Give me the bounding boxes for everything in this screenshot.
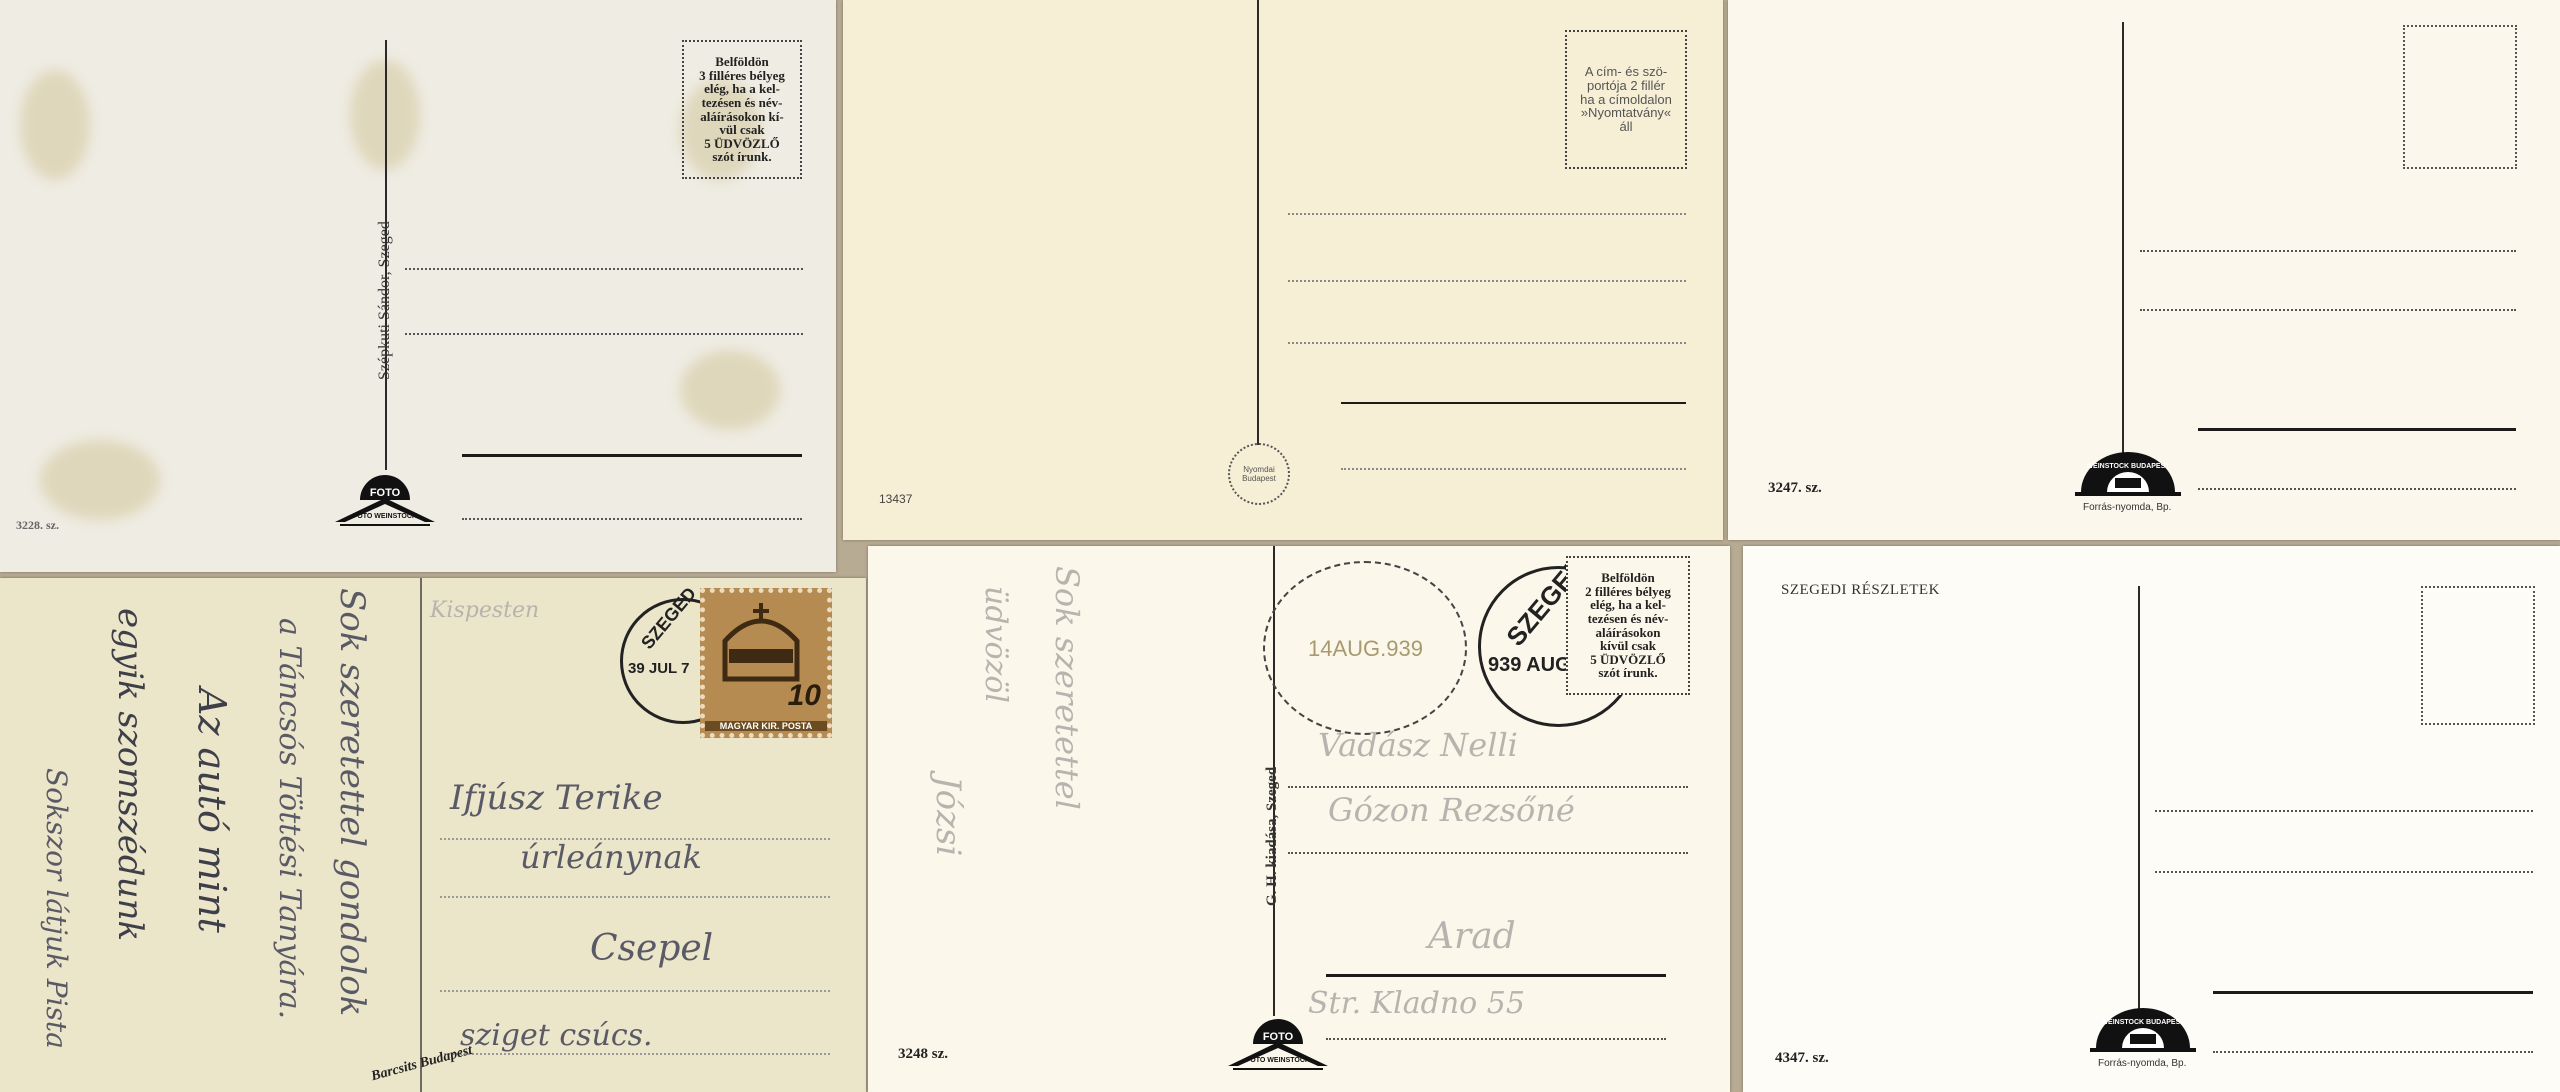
card-number: 3228. sz.: [16, 518, 59, 533]
stamp-box-line: Belföldön: [699, 55, 785, 69]
printer-name: Forrás-nyomda, Bp.: [2083, 502, 2171, 513]
message-line: Sok szeretettel: [1048, 566, 1086, 810]
stamp-box-line: elég, ha a kel-: [699, 82, 785, 96]
printer-name: Forrás-nyomda, Bp.: [2098, 1058, 2186, 1069]
handwritten-message: Sok szeretettel gondolok a Táncsós Tötté…: [10, 588, 410, 1088]
stamp-box-line: aláírásokon kí-: [699, 110, 785, 124]
address-line: [2213, 1051, 2533, 1053]
address-line: [2155, 810, 2533, 812]
address-line: [2198, 428, 2516, 431]
stamp-box-text: A cím- és szö-portója 2 fillérha a címol…: [1580, 65, 1672, 133]
postcard-6: SZEGEDI RÉSZLETEK 4347. sz. WEINSTOCK BU…: [1743, 546, 2560, 1092]
stamp-box-line: tezésen és név-: [699, 96, 785, 110]
svg-text:FOTO WEINSTOCK: FOTO WEINSTOCK: [1246, 1057, 1310, 1064]
message-line: Az autó mint: [190, 688, 234, 933]
stamp-box: A cím- és szö-portója 2 fillérha a címol…: [1565, 30, 1687, 169]
address-line: [405, 268, 803, 270]
address-line-4: Str. Kladno 55: [1308, 986, 1525, 1021]
postcard-2: A cím- és szö-portója 2 fillérha a címol…: [843, 0, 1723, 540]
address-line: [2140, 309, 2516, 311]
stamp-box-line: kívül csak: [1585, 639, 1671, 653]
stamp-box-line: elég, ha a kel-: [1585, 598, 1671, 612]
message-line: Józsi: [928, 776, 968, 856]
stamp-value: 10: [788, 679, 821, 713]
svg-text:WEINSTOCK BUDAPEST: WEINSTOCK BUDAPEST: [2086, 463, 2170, 470]
stamp-box-line: 2 filléres bélyeg: [1585, 585, 1671, 599]
stamp-box: Belföldön3 filléres bélyegelég, ha a kel…: [682, 40, 802, 179]
stamp-box-line: áll: [1580, 120, 1672, 134]
address-line: [1341, 468, 1686, 470]
stain: [40, 440, 160, 520]
stamp-box-line: 3 filléres bélyeg: [699, 69, 785, 83]
printer-seal: Nyomdai Budapest: [1228, 443, 1290, 505]
postmark-date: 939 AUG: [1488, 654, 1571, 677]
postcard-5: G. H. kiadása, Szeged Sok szeretettel üd…: [868, 546, 1730, 1092]
address-line-4: sziget csúcs.: [460, 1018, 653, 1053]
publisher-text: Szépkuti Sándor, Szeged: [376, 140, 394, 380]
message-line: a Táncsós Töttési Tanyára.: [272, 618, 307, 1019]
stamp-text: MAGYAR KIR. POSTA: [705, 721, 827, 731]
foto-weinstock-logo: FOTO FOTO WEINSTOCK: [1223, 1014, 1333, 1074]
postcard-1: Belföldön3 filléres bélyegelég, ha a kel…: [0, 0, 836, 572]
svg-text:FOTO: FOTO: [1263, 1031, 1294, 1043]
stamp-box-line: aláírásokon: [1585, 626, 1671, 640]
message-line: Sok szeretettel gondolok: [332, 588, 372, 1016]
address-line: [1326, 974, 1666, 977]
stamp-box-line: 5 ÜDVÖZLŐ: [1585, 653, 1671, 667]
stamp-box-text: Belföldön2 filléres bélyegelég, ha a kel…: [1585, 571, 1671, 680]
postmark-date: 14AUG.939: [1308, 636, 1423, 662]
svg-text:FOTO: FOTO: [370, 487, 401, 499]
card-number: 4347. sz.: [1775, 1050, 1829, 1067]
address-line: [440, 1053, 830, 1055]
stamp-box-line: szót írunk.: [699, 150, 785, 164]
address-line: [1288, 786, 1688, 788]
stamp-box-line: ha a címoldalon: [1580, 93, 1672, 107]
address-line: [1288, 213, 1686, 215]
address-line-1: Ifjúsz Terike: [450, 778, 663, 818]
address-line: [2155, 871, 2533, 873]
card-header: SZEGEDI RÉSZLETEK: [1781, 582, 1940, 599]
svg-text:WEINSTOCK BUDAPEST: WEINSTOCK BUDAPEST: [2101, 1019, 2185, 1026]
address-line-2: Gózon Rezsőné: [1328, 791, 1575, 829]
seal-line: Nyomdai: [1230, 465, 1288, 474]
seal-line: Budapest: [1230, 474, 1288, 483]
stamp-box-line: portója 2 fillér: [1580, 79, 1672, 93]
postcard-3: 3247. sz. WEINSTOCK BUDAPEST Forrás-nyom…: [1728, 0, 2560, 540]
handwriting-faint: Kispesten: [430, 598, 539, 623]
stamp-box-line: szót írunk.: [1585, 666, 1671, 680]
message-line: Sokszor látjuk Pista: [40, 768, 73, 1049]
address-line-3: Csepel: [590, 928, 713, 969]
stamp-box: [2403, 25, 2517, 169]
stamp-box-line: Belföldön: [1585, 571, 1671, 585]
address-line: [440, 896, 830, 898]
weinstock-budapest-logo: WEINSTOCK BUDAPEST: [2088, 1004, 2198, 1056]
card-number: 3248 sz.: [898, 1046, 948, 1063]
address-line-3: Arad: [1428, 916, 1516, 957]
address-line: [1326, 1038, 1666, 1040]
address-line: [2213, 991, 2533, 994]
address-line: [1341, 402, 1686, 404]
address-line: [1288, 342, 1686, 344]
address-line: [2140, 250, 2516, 252]
address-line: [440, 990, 830, 992]
address-line-2: úrleánynak: [520, 838, 702, 876]
address-line: [1288, 280, 1686, 282]
postcard-4: Kispesten Sok szeretettel gondolok a Tán…: [0, 578, 866, 1092]
address-line: [2198, 488, 2516, 490]
stamp-box-line: »Nyomtatvány«: [1580, 106, 1672, 120]
divider-line: [1257, 0, 1259, 445]
address-line-1: Vadász Nelli: [1318, 726, 1518, 764]
postage-stamp: 10 MAGYAR KIR. POSTA: [700, 588, 832, 738]
address-line: [462, 454, 802, 457]
stamp-box-line: tezésen és név-: [1585, 612, 1671, 626]
stamp-box-line: 5 ÜDVÖZLŐ: [699, 137, 785, 151]
divider-line: [420, 578, 422, 1092]
stamp-box-text: Belföldön3 filléres bélyegelég, ha a kel…: [699, 55, 785, 164]
message-line: üdvözöl: [978, 586, 1013, 703]
address-line: [1288, 852, 1688, 854]
card-number: 13437: [879, 492, 912, 506]
foto-weinstock-logo: FOTO FOTO WEINSTOCK: [330, 470, 440, 530]
divider-line: [2122, 22, 2124, 462]
weinstock-budapest-logo: WEINSTOCK BUDAPEST: [2073, 448, 2183, 500]
message-line: egyik szomszédunk: [110, 608, 150, 941]
stain: [20, 70, 90, 180]
publisher-text: G. H. kiadása, Szeged: [1264, 686, 1281, 906]
address-line: [462, 518, 802, 520]
stamp-box: [2421, 586, 2535, 725]
divider-line: [2138, 586, 2140, 1041]
address-line: [405, 333, 803, 335]
stamp-box-line: A cím- és szö-: [1580, 65, 1672, 79]
stamp-box-line: vül csak: [699, 123, 785, 137]
postmark-date: 39 JUL 7: [628, 660, 689, 677]
stain: [680, 350, 780, 430]
card-number: 3247. sz.: [1768, 480, 1822, 497]
svg-text:FOTO WEINSTOCK: FOTO WEINSTOCK: [353, 513, 417, 520]
stamp-box: Belföldön2 filléres bélyegelég, ha a kel…: [1566, 556, 1690, 695]
